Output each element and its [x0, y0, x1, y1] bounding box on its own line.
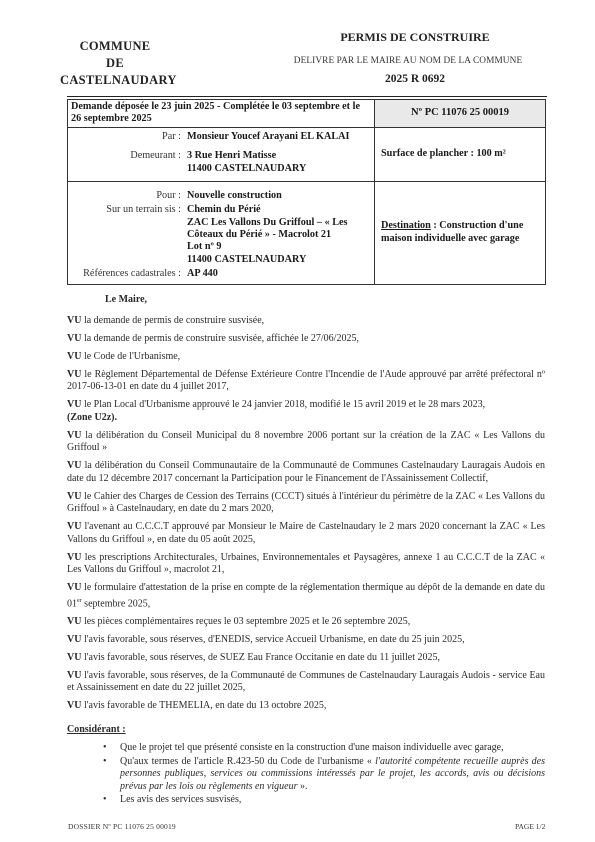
vu-item: VU le Code de l'Urbanisme,	[67, 351, 545, 364]
project-block: Pour : Nouvelle construction Sur un terr…	[68, 181, 375, 284]
vu-item: VU la délibération du Conseil Communauta…	[67, 460, 545, 485]
address-line: 3 Rue Henri Matisse	[187, 150, 371, 162]
vu-prefix: VU	[67, 399, 81, 410]
terrain-line: ZAC Les Vallons Du Griffoul – « Les Côte…	[187, 217, 371, 242]
label-demeurant: Demeurant :	[68, 144, 184, 177]
demande-dates: Demande déposée le 23 juin 2025 - Complé…	[68, 100, 375, 128]
terrain-line: 11400 CASTELNAUDARY	[187, 254, 371, 266]
considerant-item: Qu'aux termes de l'article R.423-50 du C…	[120, 756, 545, 794]
header-divider	[67, 96, 547, 97]
vu-prefix: VU	[67, 460, 81, 471]
surface-plancher: Surface de plancher : 100 m²	[375, 127, 546, 181]
vu-item: VU les pièces complémentaires reçues le …	[67, 616, 545, 629]
commune-line: DE	[60, 55, 170, 72]
vu-text: la demande de permis de construire susvi…	[81, 315, 264, 326]
vu-item: VU l'avis favorable, sous réserves, de l…	[67, 670, 545, 695]
vu-item: VU le Plan Local d'Urbanisme approuvé le…	[67, 399, 545, 424]
vu-item: VU l'avenant au C.C.C.T approuvé par Mon…	[67, 521, 545, 546]
vu-prefix: VU	[67, 582, 81, 593]
commune-line: COMMUNE	[60, 38, 170, 55]
footer-page: PAGE 1/2	[515, 822, 545, 831]
considerant-text: Les avis des services susvisés,	[120, 794, 241, 805]
vu-prefix: VU	[67, 430, 81, 441]
label-pour: Pour :	[68, 182, 184, 203]
cadastre-ref: AP 440	[184, 267, 374, 283]
commune-name: COMMUNE DE CASTELNAUDARY	[60, 38, 170, 89]
permit-info-table: Demande déposée le 23 juin 2025 - Complé…	[67, 99, 546, 285]
considerant-list: Que le projet tel que présenté consiste …	[67, 742, 545, 807]
vu-prefix: VU	[67, 351, 81, 362]
terrain-line: Chemin du Périé	[187, 204, 371, 216]
pc-number: Nº PC 11076 25 00019	[375, 100, 546, 128]
label-par: Par :	[68, 128, 184, 144]
vu-item: VU le Règlement Départemental de Défense…	[67, 369, 545, 394]
vu-item: VU la délibération du Conseil Municipal …	[67, 430, 545, 455]
vu-text: la délibération du Conseil Communautaire…	[67, 460, 545, 484]
vu-prefix: VU	[67, 634, 81, 645]
vu-text: l'avis favorable, sous réserves, d'ENEDI…	[81, 634, 464, 645]
document-subtitle: DELIVRE PAR LE MAIRE AU NOM DE LA COMMUN…	[248, 56, 568, 66]
commune-line: CASTELNAUDARY	[60, 72, 170, 89]
vu-text: l'avenant au C.C.C.T approuvé par Monsie…	[67, 521, 545, 545]
vu-prefix: VU	[67, 491, 81, 502]
considerant-text: Que le projet tel que présenté consiste …	[120, 742, 504, 753]
maire-heading: Le Maire,	[105, 294, 545, 307]
destination-label: Destination	[381, 220, 431, 231]
vu-text: le Plan Local d'Urbanisme approuvé le 24…	[81, 399, 485, 410]
vu-text: l'avis favorable de THEMELIA, en date du…	[81, 700, 326, 711]
vu-item: VU l'avis favorable de THEMELIA, en date…	[67, 700, 545, 713]
vu-item: VU la demande de permis de construire su…	[67, 315, 545, 328]
label-terrain: Sur un terrain sis :	[68, 203, 184, 267]
vu-text: la demande de permis de construire susvi…	[81, 333, 359, 344]
terrain-line: Lot nº 9	[187, 241, 371, 253]
footer-dossier: DOSSIER Nº PC 11076 25 00019	[68, 822, 176, 831]
vu-text: le Cahier des Charges de Cession des Ter…	[67, 491, 545, 515]
vu-text: l'avis favorable, sous réserves, de la C…	[67, 670, 545, 694]
considerant-text: ».	[297, 781, 307, 792]
vu-item: VU la demande de permis de construire su…	[67, 333, 545, 346]
terrain-address: Chemin du Périé ZAC Les Vallons Du Griff…	[184, 203, 374, 267]
vu-item: VU les prescriptions Architecturales, Ur…	[67, 552, 545, 577]
vu-text: le Code de l'Urbanisme,	[81, 351, 180, 362]
vu-prefix: VU	[67, 521, 81, 532]
plu-zone: (Zone U2z).	[67, 412, 117, 423]
vu-prefix: VU	[67, 315, 81, 326]
vu-item: VU le formulaire d'attestation de la pri…	[67, 582, 545, 610]
vu-prefix: VU	[67, 616, 81, 627]
applicant-block: Par : Monsieur Youcef Arayani EL KALAI D…	[68, 127, 375, 181]
considerant-text: Qu'aux termes de l'article R.423-50 du C…	[120, 756, 375, 767]
considerant-item: Que le projet tel que présenté consiste …	[120, 742, 545, 755]
vu-item: VU l'avis favorable, sous réserves, de S…	[67, 652, 545, 665]
vu-text: l'avis favorable, sous réserves, de SUEZ…	[81, 652, 440, 663]
vu-prefix: VU	[67, 700, 81, 711]
document-title: PERMIS DE CONSTRUIRE	[300, 30, 530, 45]
vu-text: les pièces complémentaires reçues le 03 …	[81, 616, 410, 627]
vu-text: les prescriptions Architecturales, Urbai…	[67, 552, 545, 576]
vu-item: VU le Cahier des Charges de Cession des …	[67, 491, 545, 516]
project-type: Nouvelle construction	[184, 182, 374, 203]
applicant-address: 3 Rue Henri Matisse 11400 CASTELNAUDARY	[184, 144, 374, 177]
arrete-body: Le Maire, VU la demande de permis de con…	[67, 294, 545, 808]
label-cadastre: Références cadastrales :	[68, 267, 184, 283]
applicant-name: Monsieur Youcef Arayani EL KALAI	[184, 128, 374, 144]
arrete-number: 2025 R 0692	[300, 73, 530, 85]
destination: Destination : Construction d'une maison …	[375, 181, 546, 284]
vu-prefix: VU	[67, 652, 81, 663]
vu-text: le Règlement Départemental de Défense Ex…	[67, 369, 545, 393]
vu-prefix: VU	[67, 333, 81, 344]
vu-item: VU l'avis favorable, sous réserves, d'EN…	[67, 634, 545, 647]
address-line: 11400 CASTELNAUDARY	[187, 163, 371, 175]
vu-prefix: VU	[67, 670, 81, 681]
vu-text: septembre 2025,	[82, 598, 151, 609]
considerant-heading: Considérant :	[67, 724, 545, 737]
vu-prefix: VU	[67, 552, 81, 563]
vu-prefix: VU	[67, 369, 81, 380]
vu-text: la délibération du Conseil Municipal du …	[67, 430, 545, 454]
considerant-item: Les avis des services susvisés,	[120, 794, 545, 807]
